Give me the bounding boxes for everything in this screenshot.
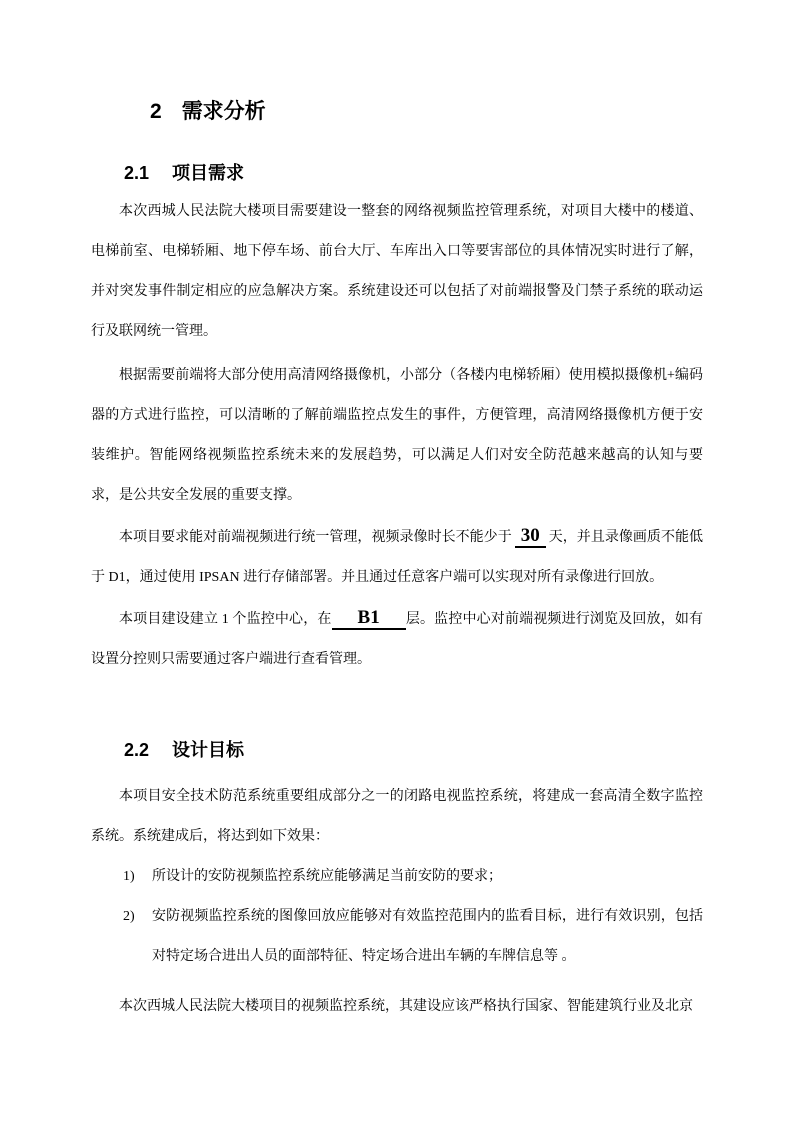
chapter-heading: 2需求分析 xyxy=(91,97,703,127)
paragraph-recording-requirement: 本项目要求能对前端视频进行统一管理，视频录像时长不能少于30天，并且录像画质不能… xyxy=(91,516,703,598)
list-item-marker: 2) xyxy=(123,897,135,937)
blank-field-recording-days: 30 xyxy=(515,525,546,548)
recording-text-before: 本项目要求能对前端视频进行统一管理，视频录像时长不能少于 xyxy=(119,530,512,545)
section-number: 2.2 xyxy=(124,740,149,760)
document-content: 2需求分析 2.1项目需求 本次西城人民法院大楼项目需要建设一整套的网络视频监控… xyxy=(91,97,703,1027)
list-item-text: 安防视频监控系统的图像回放应能够对有效监控范围内的监看目标，进行有效识别，包括对… xyxy=(152,909,703,964)
paragraph-camera-types: 根据需要前端将大部分使用高清网络摄像机，小部分（各楼内电梯轿厢）使用模拟摄像机+… xyxy=(91,356,703,516)
list-item-text: 所设计的安防视频监控系统应能够满足当前安防的要求； xyxy=(152,869,502,884)
blank-field-floor: B1 xyxy=(332,607,406,630)
paragraph-system-overview: 本次西城人民法院大楼项目需要建设一整套的网络视频监控管理系统，对项目大楼中的楼道… xyxy=(91,192,703,352)
chapter-title: 需求分析 xyxy=(182,100,266,123)
section-number: 2.1 xyxy=(124,163,149,183)
list-item: 2)安防视频监控系统的图像回放应能够对有效监控范围内的监看目标，进行有效识别，包… xyxy=(91,897,703,977)
document-page: 2需求分析 2.1项目需求 本次西城人民法院大楼项目需要建设一整套的网络视频监控… xyxy=(0,0,793,1122)
paragraph-design-goals-intro: 本项目安全技术防范系统重要组成部分之一的闭路电视监控系统，将建成一套高清全数字监… xyxy=(91,777,703,857)
list-item-marker: 1) xyxy=(123,857,135,897)
section-heading-project-requirements: 2.1项目需求 xyxy=(91,160,703,186)
paragraph-standards-compliance: 本次西城人民法院大楼项目的视频监控系统，其建设应该严格执行国家、智能建筑行业及北… xyxy=(91,987,703,1027)
section-title: 项目需求 xyxy=(172,163,244,183)
list-item: 1)所设计的安防视频监控系统应能够满足当前安防的要求； xyxy=(91,857,703,897)
chapter-number: 2 xyxy=(150,100,162,123)
center-text-before: 本项目建设建立 1 个监控中心，在 xyxy=(119,612,332,627)
paragraph-monitoring-center: 本项目建设建立 1 个监控中心，在B1层。监控中心对前端视频进行浏览及回放，如有… xyxy=(91,598,703,680)
section-title: 设计目标 xyxy=(172,740,244,760)
section-heading-design-goals: 2.2设计目标 xyxy=(91,737,703,763)
